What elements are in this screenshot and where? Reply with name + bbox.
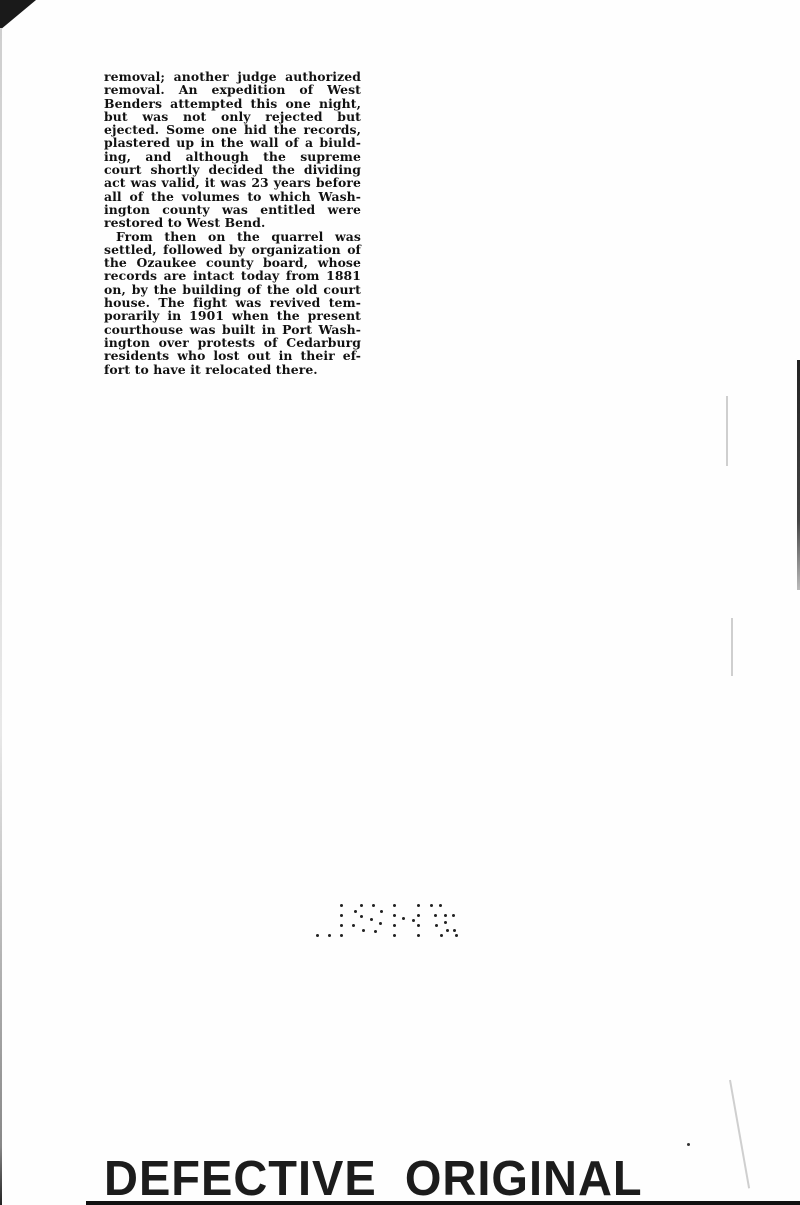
perforation-dot bbox=[440, 934, 443, 937]
perforation-dot bbox=[379, 922, 382, 925]
perforation-dot bbox=[340, 934, 343, 937]
perforation-dot bbox=[370, 918, 373, 921]
perforation-dot bbox=[340, 914, 343, 917]
scan-streak bbox=[726, 396, 728, 466]
defective-original-banner: DEFECTIVE ORIGINAL bbox=[104, 1152, 643, 1205]
perforation-dot bbox=[328, 934, 331, 937]
perforation-dot bbox=[446, 929, 449, 932]
perforation-dot bbox=[354, 910, 357, 913]
perforation-dot bbox=[393, 934, 396, 937]
perforation-dot bbox=[372, 904, 375, 907]
perforation-dot bbox=[352, 924, 355, 927]
perforation-dot bbox=[430, 904, 433, 907]
perforation-dot bbox=[393, 924, 396, 927]
perforation-dot bbox=[434, 914, 437, 917]
perforation-dot bbox=[374, 930, 377, 933]
paragraph: removal; another judge authorized remova… bbox=[104, 70, 361, 230]
article-text: removal; another judge authorized remova… bbox=[104, 70, 361, 376]
paragraph: From then on the quarrel was settled, fo… bbox=[104, 230, 361, 376]
perforation-dot bbox=[444, 914, 447, 917]
perforation-dot bbox=[452, 914, 455, 917]
perforation-dot bbox=[435, 924, 438, 927]
perforation-dot bbox=[417, 934, 420, 937]
perforation-dot bbox=[417, 924, 420, 927]
perforation-dot bbox=[393, 904, 396, 907]
perforation-dot bbox=[439, 904, 442, 907]
perforation-dot bbox=[417, 904, 420, 907]
perforation-dot bbox=[444, 921, 447, 924]
scanned-page: removal; another judge authorized remova… bbox=[0, 0, 800, 1205]
perforation-dot bbox=[412, 919, 415, 922]
perforation-dot bbox=[360, 904, 363, 907]
scan-streak bbox=[731, 618, 733, 676]
perforation-dot bbox=[453, 929, 456, 932]
perforation-dot bbox=[362, 929, 365, 932]
perforation-dot bbox=[380, 910, 383, 913]
perforation-dot bbox=[455, 934, 458, 937]
perforation-dot bbox=[340, 924, 343, 927]
page-edge-left bbox=[0, 28, 2, 1205]
perforation-dot bbox=[340, 904, 343, 907]
bottom-border bbox=[86, 1201, 800, 1205]
perforation-dot bbox=[417, 914, 420, 917]
perforation-dot bbox=[402, 917, 405, 920]
folded-corner bbox=[0, 0, 36, 30]
perforation-dot bbox=[360, 915, 363, 918]
scan-streak bbox=[729, 1080, 750, 1189]
perforation-dot bbox=[393, 914, 396, 917]
perforation-dot bbox=[316, 934, 319, 937]
speck bbox=[687, 1143, 690, 1146]
